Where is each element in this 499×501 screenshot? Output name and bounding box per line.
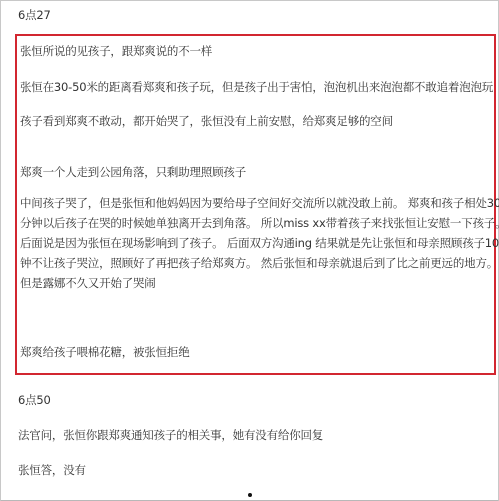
paragraph-4: 郑爽一个人走到公园角落，只剩助理照顾孩子: [20, 166, 246, 179]
paragraph-5-line: 分钟以后孩子在哭的时候她单独离开去到角落。 所以miss xx带着孩子来找张恒让…: [20, 213, 499, 233]
paragraph-5-line: 后面说是因为张恒在现场影响到了孩子。 后面双方沟通ing 结果就是先让张恒和母亲…: [20, 233, 499, 253]
answer: 张恒答，没有: [18, 464, 86, 477]
timestamp-1: 6点27: [18, 9, 51, 22]
judge-question: 法官问，张恒你跟郑爽通知孩子的相关事，她有没有给你回复: [18, 429, 323, 442]
paragraph-3: 孩子看到郑爽不敢动，都开始哭了，张恒没有上前安慰，给郑爽足够的空间: [20, 115, 393, 128]
timestamp-2: 6点50: [18, 394, 51, 407]
paragraph-1: 张恒所说的见孩子，跟郑爽说的不一样: [20, 45, 212, 58]
paragraph-5-line: 但是露娜不久又开始了哭闹: [20, 273, 499, 293]
paragraph-6: 郑爽给孩子喂棉花糖，被张恒拒绝: [20, 346, 190, 359]
document-frame: 6点27 张恒所说的见孩子，跟郑爽说的不一样 张恒在30-50米的距离看郑爽和孩…: [0, 0, 499, 501]
paragraph-5-line: 钟不让孩子哭泣，照顾好了再把孩子给郑爽方。 然后张恒和母亲就退后到了比之前更远的…: [20, 253, 499, 273]
paragraph-5-line: 中间孩子哭了，但是张恒和他妈妈因为要给母子空间好交流所以就没敢上前。 郑爽和孩子…: [20, 193, 499, 213]
paragraph-2: 张恒在30-50米的距离看郑爽和孩子玩，但是孩子出于害怕，泡泡机出来泡泡都不敢追…: [20, 81, 493, 94]
bullet-dot: [248, 493, 252, 497]
paragraph-5: 中间孩子哭了，但是张恒和他妈妈因为要给母子空间好交流所以就没敢上前。 郑爽和孩子…: [20, 193, 499, 293]
